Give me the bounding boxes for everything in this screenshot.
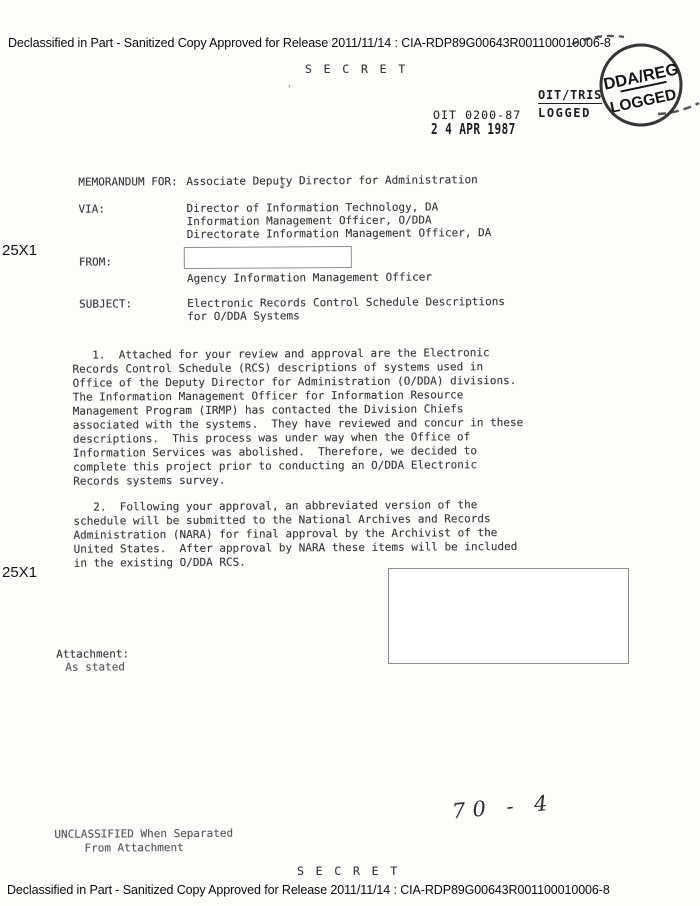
memo-from-label: FROM: bbox=[79, 255, 112, 268]
memo-subject-label: SUBJECT: bbox=[79, 297, 132, 310]
body-paragraph-2: 2. Following your approval, an abbreviat… bbox=[73, 498, 517, 571]
typed-asterisk: * bbox=[279, 184, 284, 194]
redaction-box-large bbox=[388, 568, 629, 664]
body-paragraph-1: 1. Attached for your review and approval… bbox=[72, 346, 523, 489]
memo-via-line-3: Directorate Information Management Offic… bbox=[187, 226, 492, 241]
typewriter-content: MEMORANDUM FOR: Associate Deputy Directo… bbox=[0, 0, 700, 906]
unclassified-note-line-1: UNCLASSIFIED When Separated bbox=[54, 827, 233, 841]
declassification-banner-bottom: Declassified in Part - Sanitized Copy Ap… bbox=[7, 883, 610, 897]
classification-marking-bottom: S E C R E T bbox=[297, 864, 400, 878]
memo-via-label: VIA: bbox=[78, 202, 105, 215]
attachment-label: Attachment: bbox=[56, 647, 129, 660]
memo-from-value: Agency Information Management Officer bbox=[187, 270, 432, 284]
attachment-value: As stated bbox=[65, 660, 125, 673]
memo-subject-value: Electronic Records Control Schedule Desc… bbox=[187, 295, 505, 323]
scanned-memo-page: Declassified in Part - Sanitized Copy Ap… bbox=[0, 0, 700, 906]
memo-for-value: Associate Deputy Director for Administra… bbox=[186, 173, 477, 188]
unclassified-note-line-2: From Attachment bbox=[84, 841, 183, 855]
memo-for-label: MEMORANDUM FOR: bbox=[78, 175, 177, 189]
redaction-box-from bbox=[184, 246, 352, 269]
